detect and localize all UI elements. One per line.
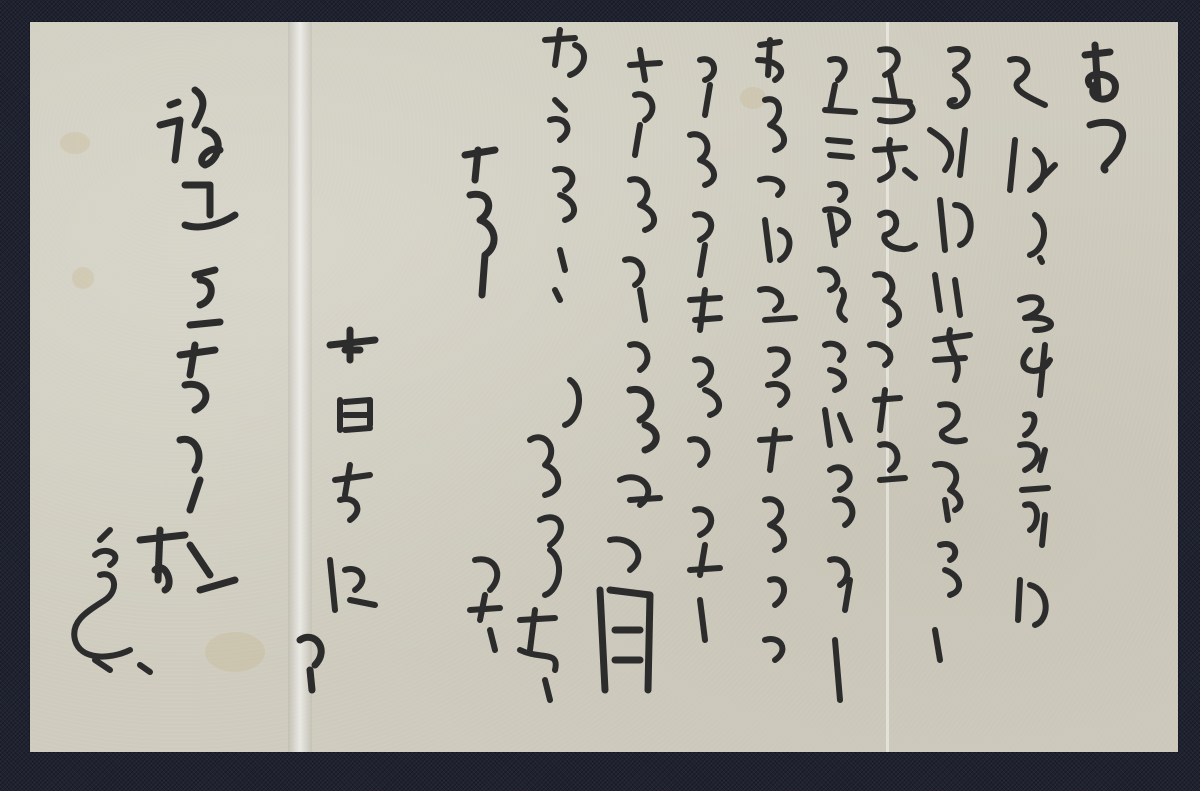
column-3 xyxy=(930,49,971,660)
column-1 xyxy=(1085,45,1123,170)
column-7 xyxy=(690,59,720,640)
column-10 xyxy=(465,150,500,650)
column-2 xyxy=(1010,59,1055,625)
left-column-2 xyxy=(74,530,150,672)
column-4 xyxy=(870,49,915,480)
column-8 xyxy=(600,50,660,690)
left-column-1 xyxy=(140,90,235,590)
column-5 xyxy=(820,59,855,700)
column-6 xyxy=(758,40,795,660)
signature-column xyxy=(300,330,375,690)
handwriting-ink xyxy=(0,0,1200,791)
column-9 xyxy=(520,30,584,700)
